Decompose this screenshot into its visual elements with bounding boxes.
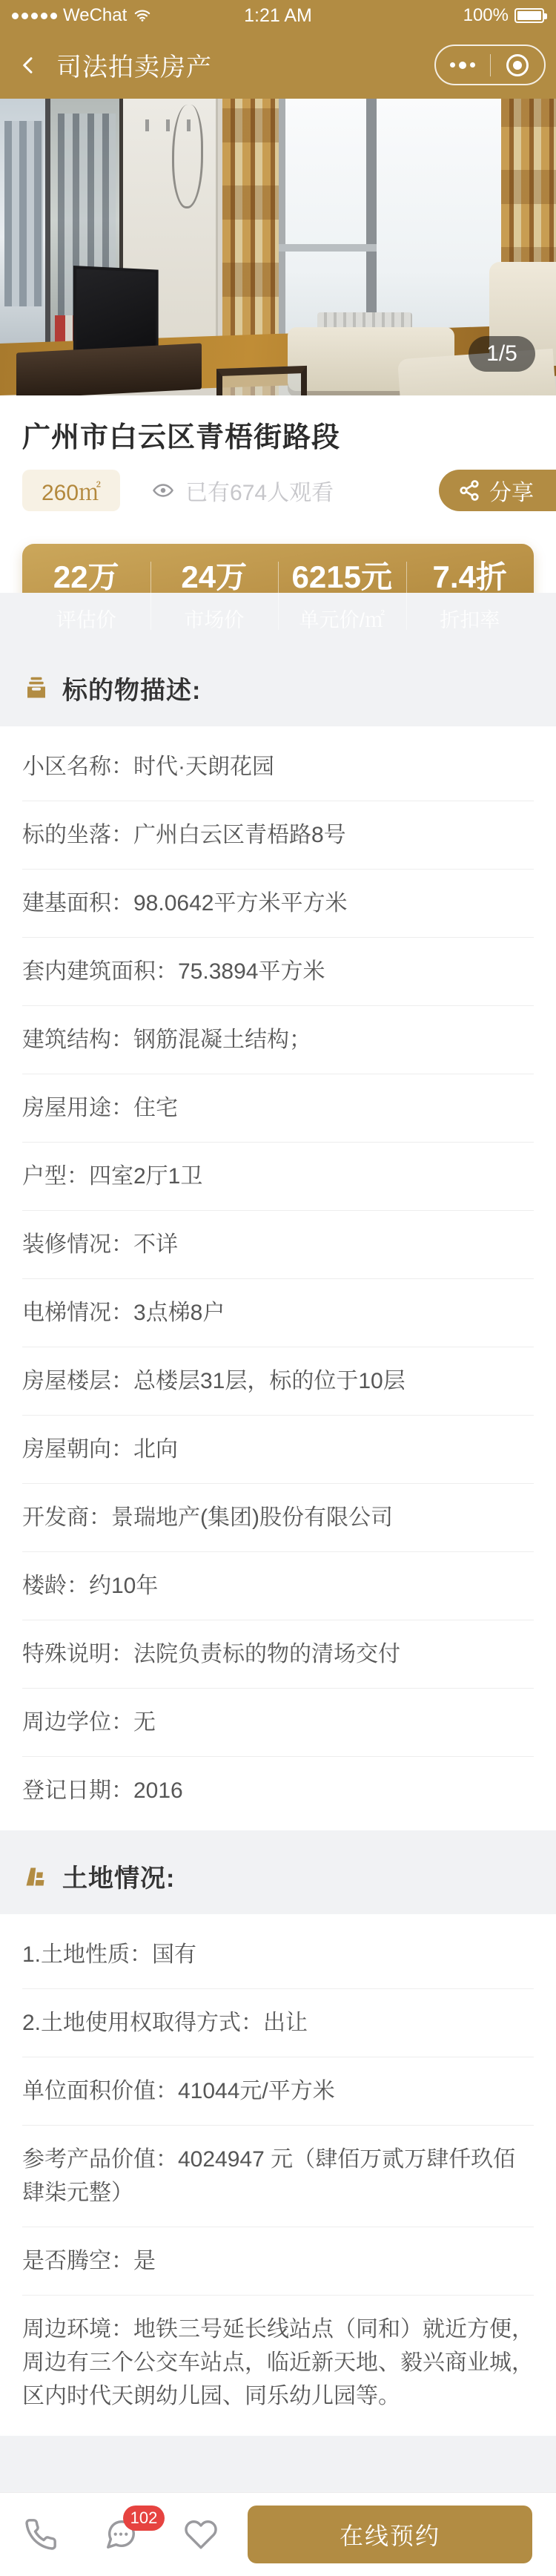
property-photo-carousel[interactable]: 1/5 bbox=[0, 99, 556, 395]
page-title: 司法拍卖房产 bbox=[56, 47, 212, 83]
detail-row: 电梯情况：3点梯8户 bbox=[22, 1278, 534, 1347]
detail-row-text: 参考产品价值：4024947 元（肆佰万贰万肆仟玖佰肆柒元整） bbox=[22, 2143, 534, 2209]
target-icon bbox=[506, 54, 529, 76]
ellipsis-icon bbox=[450, 62, 475, 69]
description-card: 小区名称：时代·天朗花园标的坐落：广州白云区青梧路8号建基面积：98.0642平… bbox=[0, 726, 556, 1830]
bottom-action-bar: 102 在线预约 bbox=[0, 2492, 556, 2576]
carrier-label: WeChat bbox=[63, 5, 127, 26]
section-title: 标的物描述: bbox=[62, 670, 201, 706]
miniprogram-capsule bbox=[434, 45, 546, 85]
stat-value: 7.4折 bbox=[433, 559, 507, 595]
detail-row: 标的坐落：广州白云区青梧路8号 bbox=[22, 801, 534, 869]
close-minimize-button[interactable] bbox=[491, 46, 545, 84]
stat-value: 6215元 bbox=[292, 559, 392, 595]
view-count: 已有674人观看 bbox=[150, 474, 334, 507]
detail-row-text: 是否腾空：是 bbox=[22, 2244, 156, 2278]
detail-row: 单位面积价值：41044元/平方米 bbox=[22, 2057, 534, 2125]
more-menu-button[interactable] bbox=[436, 46, 490, 84]
status-right: 100% bbox=[367, 5, 544, 26]
detail-row: 登记日期：2016 bbox=[22, 1756, 534, 1824]
detail-row-text: 单位面积价值：41044元/平方米 bbox=[22, 2074, 335, 2108]
wifi-icon bbox=[133, 7, 152, 24]
detail-row-text: 装修情况：不详 bbox=[22, 1228, 178, 1261]
archive-icon bbox=[22, 674, 50, 701]
detail-row-text: 房屋楼层：总楼层31层，标的位于10层 bbox=[22, 1364, 406, 1398]
status-bar: WeChat 1:21 AM 100% bbox=[0, 0, 556, 31]
share-icon bbox=[458, 479, 480, 502]
detail-row-text: 房屋朝向：北向 bbox=[22, 1433, 178, 1466]
app-header: WeChat 1:21 AM 100% 司法拍卖房产 bbox=[0, 0, 556, 99]
listing-summary: 广州市白云区青梧街路段 260㎡ 已有674人观看 分享 22万评估价24万市场… bbox=[0, 395, 556, 593]
stat-label: 单元价/㎡ bbox=[299, 604, 385, 633]
detail-row: 特殊说明：法院负责标的物的清场交付 bbox=[22, 1620, 534, 1688]
detail-row: 参考产品价值：4024947 元（肆佰万贰万肆仟玖佰肆柒元整） bbox=[22, 2125, 534, 2227]
section-header-land: 土地情况: bbox=[22, 1858, 556, 1893]
detail-row: 楼龄：约10年 bbox=[22, 1551, 534, 1620]
photo-window bbox=[279, 99, 501, 344]
detail-row: 套内建筑面积：75.3894平方米 bbox=[22, 937, 534, 1005]
chat-button[interactable]: 102 bbox=[104, 2517, 138, 2552]
stat-cell: 22万评估价 bbox=[22, 544, 150, 648]
land-card: 1.土地性质：国有2.土地使用权取得方式：出让单位面积价值：41044元/平方米… bbox=[0, 1914, 556, 2436]
stat-cell: 6215元单元价/㎡ bbox=[278, 544, 406, 648]
price-stats-card: 22万评估价24万市场价6215元单元价/㎡7.4折折扣率 bbox=[22, 544, 534, 648]
eye-icon bbox=[150, 479, 176, 502]
photo-wall-cable bbox=[172, 105, 203, 208]
detail-row-text: 套内建筑面积：75.3894平方米 bbox=[22, 955, 325, 988]
detail-row: 1.土地性质：国有 bbox=[22, 1920, 534, 1988]
clock: 1:21 AM bbox=[189, 5, 366, 27]
auction-listing-page: WeChat 1:21 AM 100% 司法拍卖房产 bbox=[0, 0, 556, 2576]
detail-row-text: 电梯情况：3点梯8户 bbox=[22, 1296, 225, 1330]
share-button[interactable]: 分享 bbox=[439, 470, 556, 511]
detail-row-text: 建筑结构：钢筋混凝土结构； bbox=[22, 1023, 311, 1057]
detail-row: 开发商：景瑞地产(集团)股份有限公司 bbox=[22, 1483, 534, 1551]
detail-row: 2.土地使用权取得方式：出让 bbox=[22, 1988, 534, 2057]
stat-cell: 24万市场价 bbox=[150, 544, 279, 648]
battery-icon bbox=[514, 8, 544, 23]
detail-row-text: 建基面积：98.0642平方米平方米 bbox=[22, 887, 347, 920]
phone-call-button[interactable] bbox=[24, 2517, 58, 2552]
photo-tv bbox=[73, 266, 159, 358]
nav-bar: 司法拍卖房产 bbox=[0, 31, 556, 99]
signal-icon bbox=[12, 13, 57, 19]
detail-row-text: 2.土地使用权取得方式：出让 bbox=[22, 2006, 308, 2040]
view-count-label: 已有674人观看 bbox=[185, 474, 334, 507]
stat-cell: 7.4折折扣率 bbox=[406, 544, 535, 648]
section-title: 土地情况: bbox=[62, 1858, 175, 1894]
tag-row: 260㎡ 已有674人观看 分享 bbox=[0, 470, 556, 511]
detail-row-text: 户型：四室2厅1卫 bbox=[22, 1160, 202, 1193]
detail-row: 建基面积：98.0642平方米平方米 bbox=[22, 869, 534, 937]
detail-row-text: 1.土地性质：国有 bbox=[22, 1938, 196, 1971]
listing-title: 广州市白云区青梧街路段 bbox=[22, 421, 534, 455]
detail-row-text: 特殊说明：法院负责标的物的清场交付 bbox=[22, 1637, 400, 1671]
favorite-button[interactable] bbox=[184, 2517, 218, 2552]
status-left: WeChat bbox=[12, 5, 189, 26]
detail-body: 标的物描述: 小区名称：时代·天朗花园标的坐落：广州白云区青梧路8号建基面积：9… bbox=[0, 593, 556, 2492]
back-button[interactable] bbox=[16, 49, 49, 82]
detail-row-text: 周边环境：地铁三号延长线站点（同和）就近方便，周边有三个公交车站点，临近新天地、… bbox=[22, 2313, 534, 2413]
detail-row-text: 房屋用途：住宅 bbox=[22, 1091, 178, 1125]
online-booking-button[interactable]: 在线预约 bbox=[248, 2506, 532, 2563]
detail-row-text: 标的坐落：广州白云区青梧路8号 bbox=[22, 818, 346, 852]
stat-label: 市场价 bbox=[184, 604, 244, 633]
stat-label: 评估价 bbox=[56, 604, 116, 633]
land-icon bbox=[22, 1862, 50, 1889]
photo-tv-cabinet bbox=[16, 343, 202, 395]
share-label: 分享 bbox=[489, 474, 534, 507]
detail-row-text: 登记日期：2016 bbox=[22, 1774, 183, 1807]
detail-row-text: 开发商：景瑞地产(集团)股份有限公司 bbox=[22, 1501, 393, 1534]
detail-row-text: 楼龄：约10年 bbox=[22, 1569, 158, 1603]
detail-row-text: 周边学位：无 bbox=[22, 1706, 156, 1739]
detail-row: 建筑结构：钢筋混凝土结构； bbox=[22, 1005, 534, 1074]
detail-row: 是否腾空：是 bbox=[22, 2227, 534, 2295]
area-badge: 260㎡ bbox=[22, 470, 120, 511]
detail-row: 装修情况：不详 bbox=[22, 1210, 534, 1278]
stat-value: 24万 bbox=[181, 559, 247, 595]
photo-coffee-table bbox=[216, 366, 307, 395]
stat-label: 折扣率 bbox=[440, 604, 500, 633]
photo-city-view bbox=[4, 121, 43, 306]
photo-window-crossbar bbox=[279, 244, 377, 252]
detail-row: 房屋楼层：总楼层31层，标的位于10层 bbox=[22, 1347, 534, 1415]
photo-window-frame bbox=[366, 99, 377, 344]
photo-counter: 1/5 bbox=[469, 336, 535, 372]
unread-count-badge: 102 bbox=[123, 2506, 165, 2531]
detail-row: 周边学位：无 bbox=[22, 1688, 534, 1756]
detail-row: 小区名称：时代·天朗花园 bbox=[22, 732, 534, 801]
detail-row: 房屋朝向：北向 bbox=[22, 1415, 534, 1483]
stat-value: 22万 bbox=[53, 559, 119, 595]
battery-percent: 100% bbox=[463, 5, 509, 26]
detail-row-text: 小区名称：时代·天朗花园 bbox=[22, 750, 274, 783]
section-header-description: 标的物描述: bbox=[22, 670, 556, 706]
detail-row: 周边环境：地铁三号延长线站点（同和）就近方便，周边有三个公交车站点，临近新天地、… bbox=[22, 2295, 534, 2430]
detail-row: 户型：四室2厅1卫 bbox=[22, 1142, 534, 1210]
detail-row: 房屋用途：住宅 bbox=[22, 1074, 534, 1142]
